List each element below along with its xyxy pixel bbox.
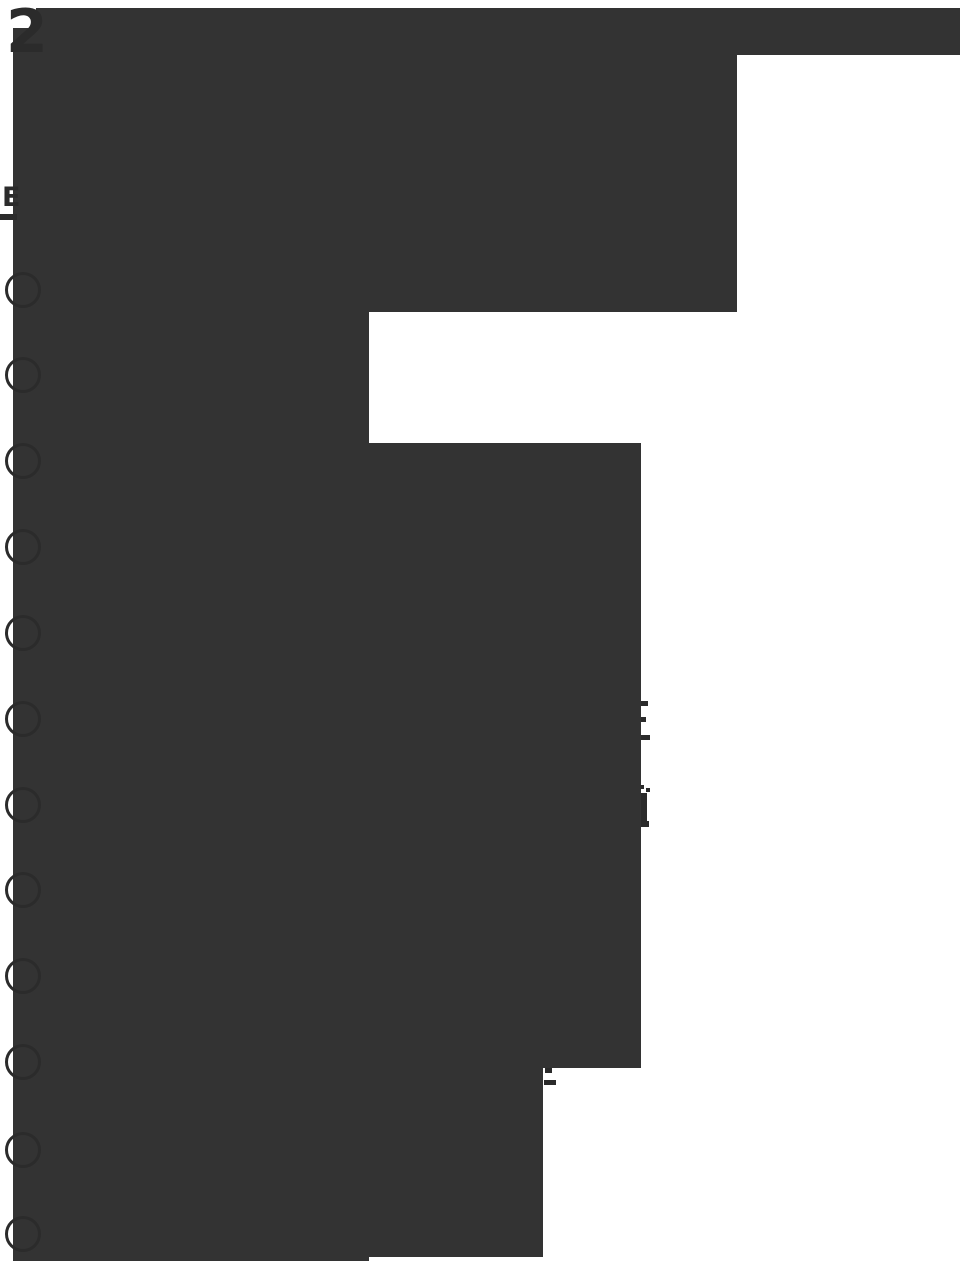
choice-circle-11 [5,1132,41,1168]
redaction-block-lower-column [13,1068,543,1257]
text-fragment-tick [641,717,646,722]
page-number: 2 [6,2,48,62]
choice-circle-2 [5,357,41,393]
redaction-block-bottom-step [13,1257,369,1261]
redaction-block-top-band [36,8,960,55]
text-fragment-tick [545,1068,552,1073]
choice-circle-7 [5,787,41,823]
redaction-block-left-column [13,312,369,443]
redaction-block-mid-block [13,443,641,1068]
choice-circle-8 [5,872,41,908]
text-fragment-tick [641,785,644,789]
choice-circle-9 [5,958,41,994]
choice-circle-4 [5,529,41,565]
text-fragment-tick [641,735,650,740]
choice-circle-3 [5,443,41,479]
margin-glyph-underline [0,214,17,220]
choice-circle-6 [5,701,41,737]
document-page: 2 E [0,0,964,1283]
choice-circle-12 [5,1216,41,1252]
text-fragment-tick [641,701,648,706]
choice-circle-1 [5,272,41,308]
text-fragment-tick [646,788,650,792]
text-fragment-tick [641,821,649,827]
text-fragment-tick [544,1080,556,1085]
margin-glyph-fragment: E [2,184,20,211]
choice-circle-5 [5,615,41,651]
choice-circle-10 [5,1044,41,1080]
redaction-block-upper-left [13,55,737,312]
